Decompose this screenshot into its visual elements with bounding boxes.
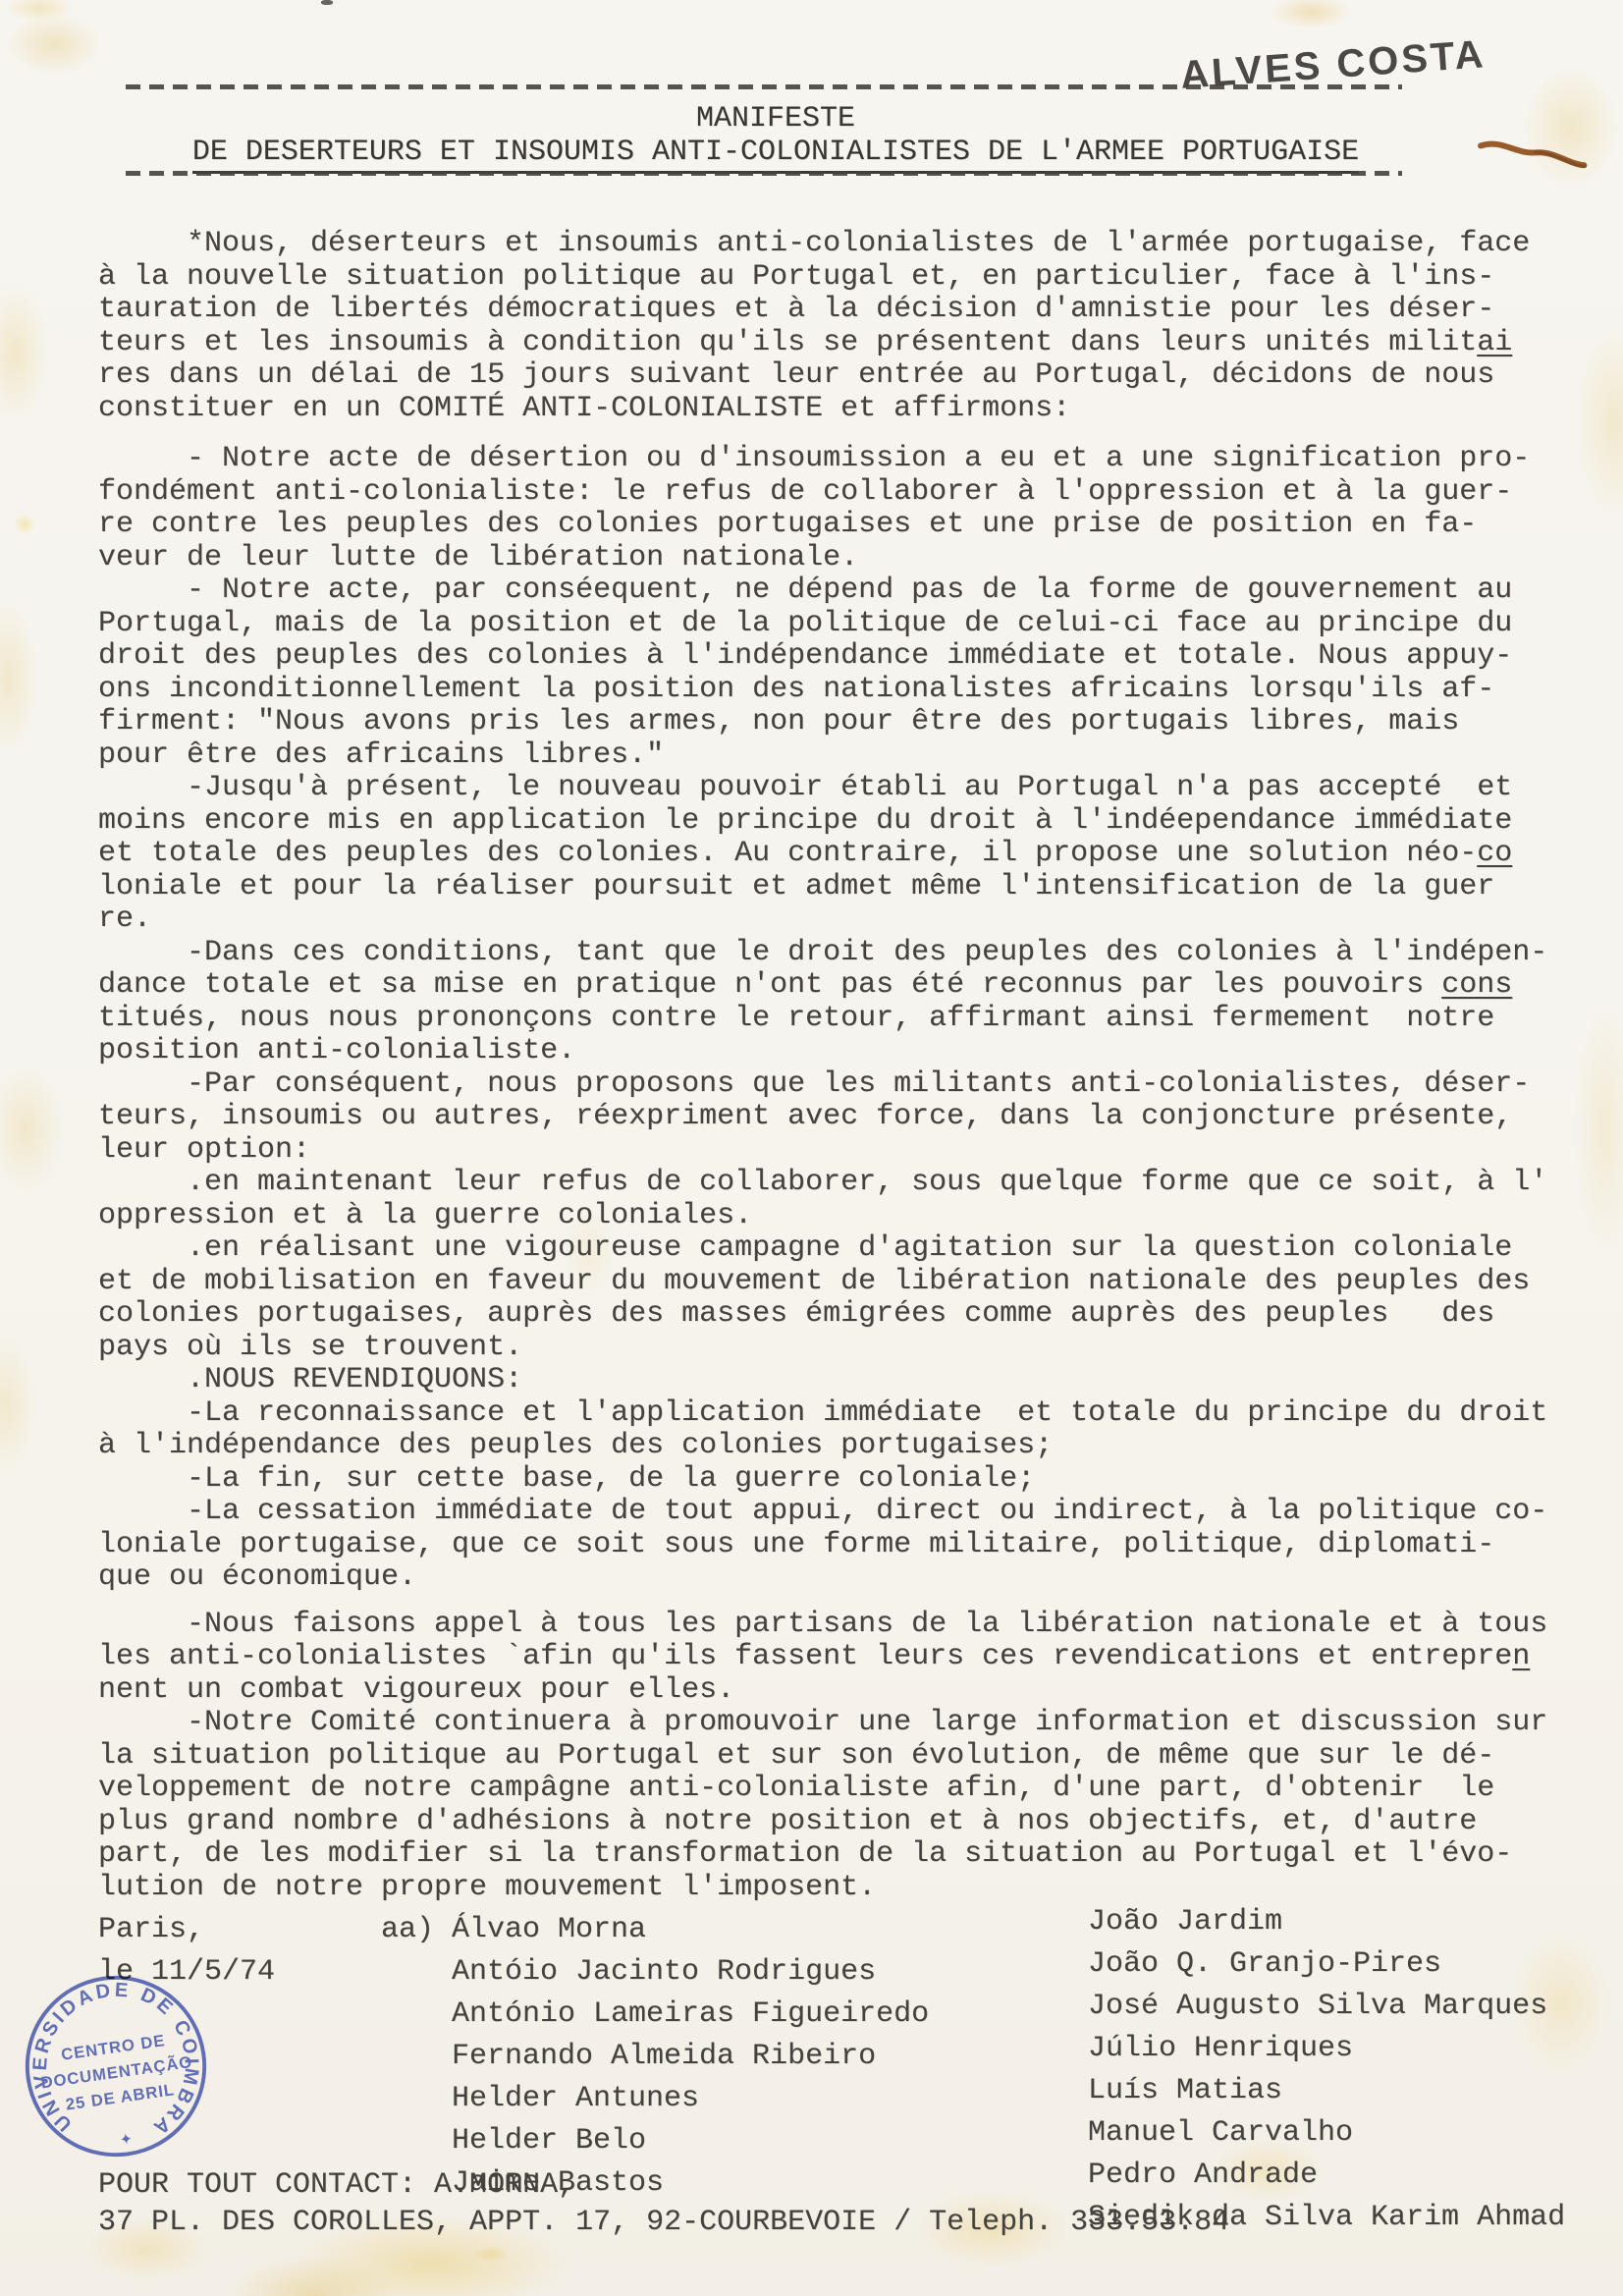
paragraph: - Notre acte, par conséequent, ne dépend… xyxy=(98,574,1571,772)
document-line: position anti-colonialiste. xyxy=(98,1035,1571,1068)
document-body: *Nous, déserteurs et insoumis anti-colon… xyxy=(98,228,1571,1904)
document-line: tauration de libertés démocratiques et à… xyxy=(98,294,1571,327)
dashed-rule-top xyxy=(126,84,1402,89)
paragraph: .NOUS REVENDIQUONS: -La reconnaissance e… xyxy=(98,1364,1571,1595)
document-line: .en réalisant une vigoureuse campagne d'… xyxy=(98,1232,1571,1266)
document-line: loniale portugaise, que ce soit sous une… xyxy=(98,1529,1571,1562)
signatory-name: aa) Álvao Morna xyxy=(381,1909,929,1951)
contact-line: POUR TOUT CONTACT: A.MORNA, xyxy=(98,2166,1229,2204)
place-date-line: Paris, xyxy=(98,1909,275,1951)
paragraph: .en maintenant leur refus de collaborer,… xyxy=(98,1167,1571,1232)
document-line: -La reconnaissance et l'application immé… xyxy=(98,1397,1571,1431)
pen-squiggle-mark xyxy=(1473,130,1595,185)
document-line: dance totale et sa mise en pratique n'on… xyxy=(98,969,1571,1003)
document-line: droit des peuples des colonies à l'indép… xyxy=(98,640,1571,674)
document-line: - Notre acte de désertion ou d'insoumiss… xyxy=(98,443,1571,476)
document-line: à l'indépendance des peuples des colonie… xyxy=(98,1430,1571,1463)
document-subtitle-text: DE DESERTEURS ET INSOUMIS ANTI-COLONIALI… xyxy=(192,136,1359,174)
document-line: -Jusqu'à présent, le nouveau pouvoir éta… xyxy=(98,772,1571,805)
document-line: -Dans ces conditions, tant que le droit … xyxy=(98,937,1571,970)
document-line: Portugal, mais de la position et de la p… xyxy=(98,608,1571,641)
paragraph: -Par conséquent, nous proposons que les … xyxy=(98,1068,1571,1168)
document-line: constituer en un COMITÉ ANTI-COLONIALIST… xyxy=(98,393,1571,426)
document-line: -Par conséquent, nous proposons que les … xyxy=(98,1068,1571,1102)
document-line: colonies portugaises, auprès des masses … xyxy=(98,1298,1571,1332)
paragraph: - Notre acte de désertion ou d'insoumiss… xyxy=(98,443,1571,574)
document-line: teurs, insoumis ou autres, réexpriment a… xyxy=(98,1101,1571,1134)
document-line: leur option: xyxy=(98,1134,1571,1168)
document-line: la situation politique au Portugal et su… xyxy=(98,1740,1571,1774)
document-line: nent un combat vigoureux pour elles. xyxy=(98,1674,1571,1708)
document-line: moins encore mis en application le princ… xyxy=(98,805,1571,839)
document-line: ons inconditionnellement la position des… xyxy=(98,674,1571,707)
paragraph: -Nous faisons appel à tous les partisans… xyxy=(98,1609,1571,1708)
signature-column-1: aa) Álvao Morna Antóio Jacinto Rodrigues… xyxy=(381,1909,929,2205)
signatory-name: Helder Antunes xyxy=(381,2078,929,2120)
paragraph: -Jusqu'à présent, le nouveau pouvoir éta… xyxy=(98,772,1571,937)
scan-speck xyxy=(321,0,333,5)
document-line: titués, nous nous prononçons contre le r… xyxy=(98,1003,1571,1036)
document-line: loniale et pour la réaliser poursuit et … xyxy=(98,871,1571,904)
document-line: veur de leur lutte de libération nationa… xyxy=(98,542,1571,575)
document-subtitle: DE DESERTEURS ET INSOUMIS ANTI-COLONIALI… xyxy=(98,136,1453,174)
document-line: .en maintenant leur refus de collaborer,… xyxy=(98,1167,1571,1200)
document-line: pour être des africains libres." xyxy=(98,739,1571,773)
document-line: lution de notre propre mouvement l'impos… xyxy=(98,1872,1571,1905)
document-line: fondément anti-colonialiste: le refus de… xyxy=(98,476,1571,510)
document-line: teurs et les insoumis à condition qu'ils… xyxy=(98,327,1571,360)
paragraph: -Dans ces conditions, tant que le droit … xyxy=(98,937,1571,1068)
paragraph: .en réalisant une vigoureuse campagne d'… xyxy=(98,1232,1571,1364)
document-line: que ou économique. xyxy=(98,1561,1571,1595)
coimbra-archive-stamp: UNIVERSIDADE DE COIMBRA ✦ CENTRO DE DOCU… xyxy=(7,1957,224,2174)
document-line: et de mobilisation en faveur du mouvemen… xyxy=(98,1266,1571,1299)
document-line: part, de les modifier si la transformati… xyxy=(98,1838,1571,1872)
document-line: - Notre acte, par conséequent, ne dépend… xyxy=(98,574,1571,608)
document-line: *Nous, déserteurs et insoumis anti-colon… xyxy=(98,228,1571,261)
contact-footer: POUR TOUT CONTACT: A.MORNA,37 PL. DES CO… xyxy=(98,2166,1229,2241)
signatory-name: António Lameiras Figueiredo xyxy=(381,1994,929,2036)
signatory-name: Luís Matias xyxy=(1088,2070,1565,2112)
document-title: MANIFESTE xyxy=(98,102,1453,136)
signatory-name: Manuel Carvalho xyxy=(1088,2112,1565,2155)
scanned-document-page: ALVES COSTA MANIFESTE DE DESERTEURS ET I… xyxy=(0,0,1623,2296)
document-line: les anti-colonialistes `afin qu'ils fass… xyxy=(98,1641,1571,1674)
signatory-name: José Augusto Silva Marques xyxy=(1088,1986,1565,2028)
document-line: re contre les peuples des colonies portu… xyxy=(98,509,1571,542)
paragraph: *Nous, déserteurs et insoumis anti-colon… xyxy=(98,228,1571,425)
document-line: .NOUS REVENDIQUONS: xyxy=(98,1364,1571,1397)
signatory-name: Fernando Almeida Ribeiro xyxy=(381,2036,929,2078)
dashed-rule-bottom xyxy=(126,171,1402,176)
document-line: et totale des peuples des colonies. Au c… xyxy=(98,838,1571,871)
document-line: res dans un délai de 15 jours suivant le… xyxy=(98,359,1571,393)
document-line: pays où ils se trouvent. xyxy=(98,1332,1571,1365)
document-line: -Notre Comité continuera à promouvoir un… xyxy=(98,1707,1571,1740)
signatory-name: João Q. Granjo-Pires xyxy=(1088,1943,1565,1986)
document-line: oppression et à la guerre coloniales. xyxy=(98,1200,1571,1233)
signatory-name: João Jardim xyxy=(1088,1901,1565,1943)
stamp-bottom-mark: ✦ xyxy=(119,2131,134,2150)
document-line: à la nouvelle situation politique au Por… xyxy=(98,261,1571,295)
document-line: -La fin, sur cette base, de la guerre co… xyxy=(98,1463,1571,1497)
document-line: -La cessation immédiate de tout appui, d… xyxy=(98,1496,1571,1529)
signatory-name: Antóio Jacinto Rodrigues xyxy=(381,1951,929,1994)
document-line: plus grand nombre d'adhésions à notre po… xyxy=(98,1806,1571,1839)
signatory-name: Helder Belo xyxy=(381,2120,929,2162)
document-line: -Nous faisons appel à tous les partisans… xyxy=(98,1609,1571,1642)
document-line: veloppement de notre campâgne anti-colon… xyxy=(98,1773,1571,1806)
paragraph: -Notre Comité continuera à promouvoir un… xyxy=(98,1707,1571,1904)
document-line: re. xyxy=(98,903,1571,937)
contact-line: 37 PL. DES COROLLES, APPT. 17, 92-COURBE… xyxy=(98,2204,1229,2241)
signatory-name: Júlio Henriques xyxy=(1088,2028,1565,2070)
document-line: firment: "Nous avons pris les armes, non… xyxy=(98,706,1571,739)
